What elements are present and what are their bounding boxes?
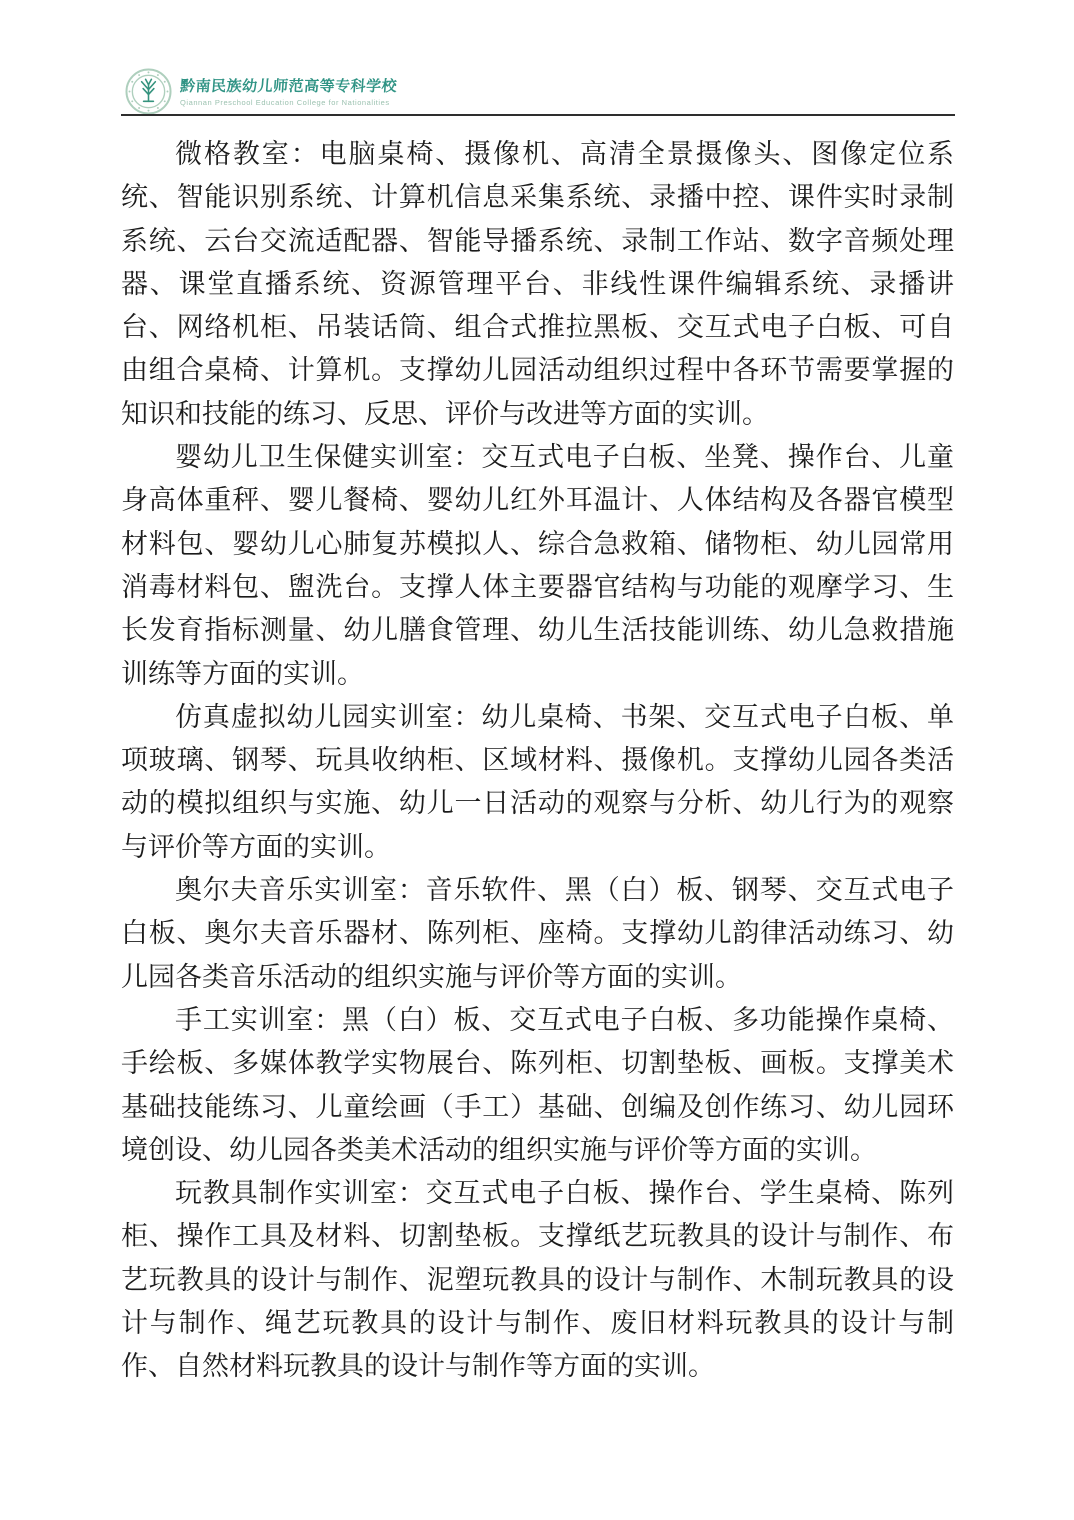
school-seal-icon: [125, 68, 172, 115]
paragraph-4: 奥尔夫音乐实训室：音乐软件、黑（白）板、钢琴、交互式电子白板、奥尔夫音乐器材、陈…: [121, 869, 954, 999]
paragraph-2: 婴幼儿卫生保健实训室：交互式电子白板、坐凳、操作台、儿童身高体重秤、婴儿餐椅、婴…: [121, 436, 954, 696]
page-header: 黔南民族幼儿师范高等专科学校 Qiannan Preschool Educati…: [125, 68, 397, 115]
document-body: 微格教室：电脑桌椅、摄像机、高清全景摄像头、图像定位系统、智能识别系统、计算机信…: [121, 133, 954, 1389]
school-name-chinese: 黔南民族幼儿师范高等专科学校: [179, 78, 397, 96]
paragraph-3: 仿真虚拟幼儿园实训室：幼儿桌椅、书架、交互式电子白板、单项玻璃、钢琴、玩具收纳柜…: [121, 696, 954, 869]
header-divider: [121, 114, 955, 116]
paragraph-5: 手工实训室：黑（白）板、交互式电子白板、多功能操作桌椅、手绘板、多媒体教学实物展…: [121, 999, 954, 1172]
paragraph-1: 微格教室：电脑桌椅、摄像机、高清全景摄像头、图像定位系统、智能识别系统、计算机信…: [121, 133, 954, 436]
school-name-english: Qiannan Preschool Education College for …: [180, 98, 397, 107]
paragraph-6: 玩教具制作实训室：交互式电子白板、操作台、学生桌椅、陈列柜、操作工具及材料、切割…: [121, 1172, 954, 1388]
document-page: 黔南民族幼儿师范高等专科学校 Qiannan Preschool Educati…: [0, 0, 1074, 1520]
school-titles: 黔南民族幼儿师范高等专科学校 Qiannan Preschool Educati…: [180, 68, 397, 107]
